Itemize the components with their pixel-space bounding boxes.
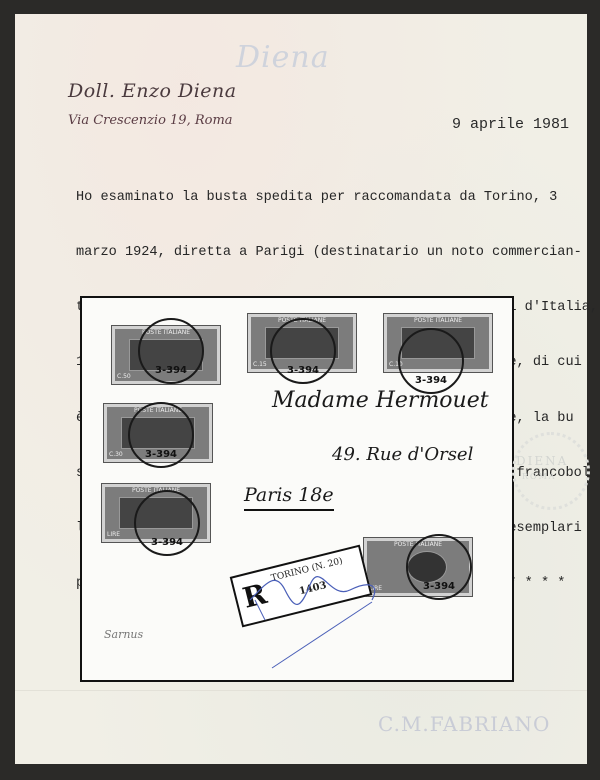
sender-signature: Sarnus	[104, 628, 143, 641]
certificate-date: 9 aprile 1981	[452, 116, 569, 133]
postmark: 3-394	[128, 402, 194, 468]
watermark-bottom: C.M.FABRIANO	[378, 712, 550, 736]
body-line: Ho esaminato la busta spedita per raccom…	[76, 189, 556, 207]
recipient-street: 49. Rue d'Orsel	[332, 444, 473, 465]
watermark-top: Diena	[236, 40, 330, 75]
fold-line	[15, 690, 587, 691]
postmark: 3-394	[134, 490, 200, 556]
postmark: 3-394	[138, 318, 204, 384]
postmark: 3-394	[270, 318, 336, 384]
postmark: 3-394	[406, 534, 472, 600]
recipient-name: Madame Hermouet	[272, 388, 489, 413]
embossed-seal	[512, 432, 590, 510]
seal-text: DIENA	[516, 454, 568, 468]
letterhead-name: Doll. Enzo Diena	[68, 80, 237, 102]
recipient-city: Paris 18e	[244, 484, 334, 511]
postmark: 3-394	[398, 328, 464, 394]
letterhead-address: Via Crescenzio 19, Roma	[68, 113, 233, 128]
registration-label: R TORINO (N. 20) 1403	[230, 545, 373, 628]
body-line: marzo 1924, diretta a Parigi (destinatar…	[76, 244, 556, 262]
seal-subtext: ROMA	[522, 472, 557, 481]
cover-photograph: POSTE ITALIANE C.50 POSTE ITALIANE C.15 …	[80, 296, 514, 682]
